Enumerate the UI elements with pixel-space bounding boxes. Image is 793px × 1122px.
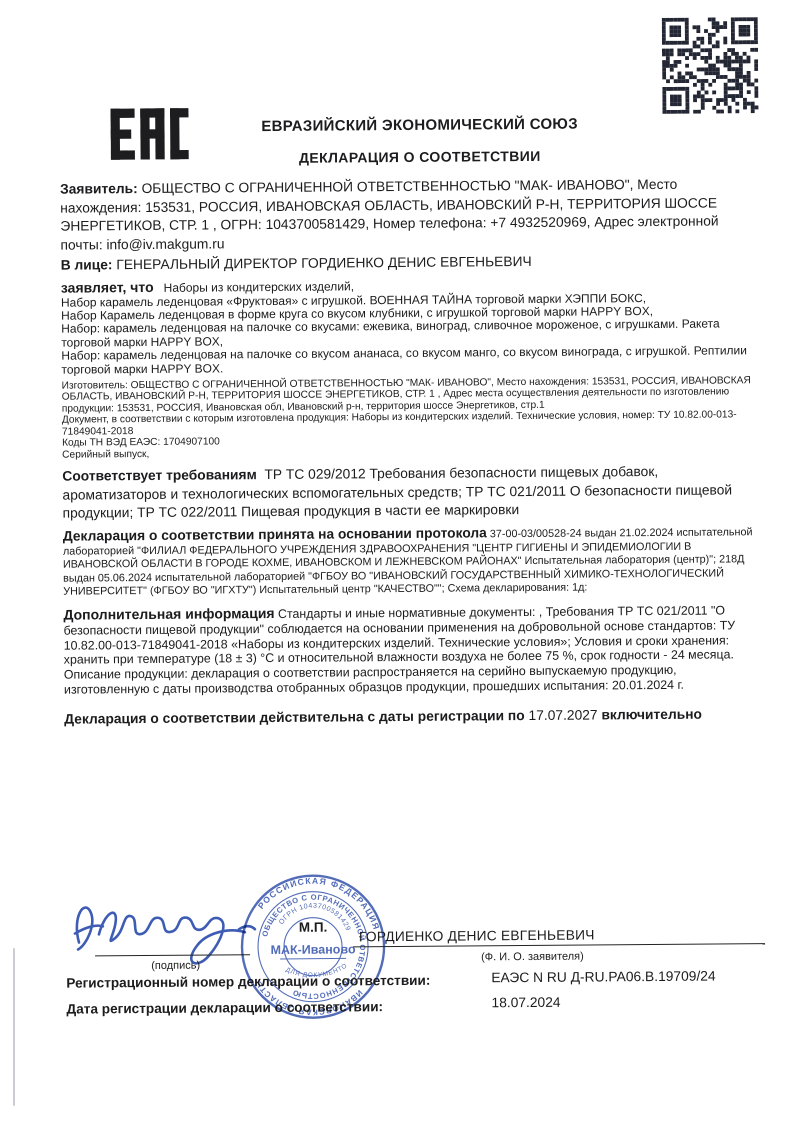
applicant-paragraph: Заявитель: ОБЩЕСТВО С ОГРАНИЧЕННОЙ ОТВЕТ… (60, 175, 761, 254)
scan-artifact-line (13, 948, 15, 1106)
additional-info-label: Дополнительная информация (63, 605, 274, 623)
basis-paragraph: Декларация о соответствии принята на осн… (63, 524, 764, 599)
scanned-declaration-document: { "header": { "union": "ЕВРАЗИЙСКИЙ ЭКОН… (0, 0, 793, 1122)
qr-code (662, 17, 759, 114)
document-sheet: ЕВРАЗИЙСКИЙ ЭКОНОМИЧЕСКИЙ СОЮЗ ДЕКЛАРАЦИ… (0, 0, 793, 1122)
declarant-name: ГОРДИЕНКО ДЕНИС ЕВГЕНЬЕВИЧ (359, 927, 595, 944)
registration-date-label: Дата регистрации декларации о соответств… (66, 999, 383, 1016)
applicant-label: Заявитель: (60, 181, 138, 197)
registration-number-label: Регистрационный номер декларации о соотв… (66, 973, 430, 991)
validity-suffix: включительно (601, 706, 702, 722)
manufacturer-block: Изготовитель: ОБЩЕСТВО С ОГРАНИЧЕННОЙ ОТ… (62, 375, 763, 461)
stamp-place-label: М.П. (299, 920, 328, 935)
basis-label: Декларация о соответствии принята на осн… (63, 525, 487, 543)
declares-intro: Наборы из кондитерских изделий, (164, 279, 355, 294)
stamp-center-text: МАК-Иваново (270, 942, 355, 957)
applicant-text: ОБЩЕСТВО С ОГРАНИЧЕННОЙ ОТВЕТСТВЕННОСТЬЮ… (60, 177, 718, 252)
validity-date: 17.07.2027 (528, 707, 597, 723)
validity-paragraph: Декларация о соответствии действительна … (64, 705, 764, 728)
declares-label: заявляет, что (61, 278, 154, 295)
declarant-name-caption: (Ф. И. О. заявителя) (481, 951, 584, 964)
validity-label: Декларация о соответствии действительна … (64, 708, 525, 727)
compliance-paragraph: Соответствует требованиям ТР ТС 029/2012… (62, 463, 762, 524)
product-line: Набор: карамель леденцовая на палочке со… (61, 344, 761, 376)
additional-info-paragraph: Дополнительная информация Стандарты и ин… (63, 602, 764, 697)
signature-caption: (подпись) (151, 960, 200, 972)
in-person-text: ГЕНЕРАЛЬНЫЙ ДИРЕКТОР ГОРДИЕНКО ДЕНИС ЕВГ… (116, 254, 531, 272)
registration-number-value: ЕАЭС N RU Д-RU.РА06.В.19709/24 (491, 969, 715, 986)
document-body: Заявитель: ОБЩЕСТВО С ОГРАНИЧЕННОЙ ОТВЕТ… (60, 175, 764, 728)
in-person-paragraph: В лице: ГЕНЕРАЛЬНЫЙ ДИРЕКТОР ГОРДИЕНКО Д… (61, 251, 761, 275)
in-person-label: В лице: (61, 257, 113, 272)
compliance-label: Соответствует требованиям (62, 468, 257, 485)
registration-date-value: 18.07.2024 (491, 995, 560, 1011)
